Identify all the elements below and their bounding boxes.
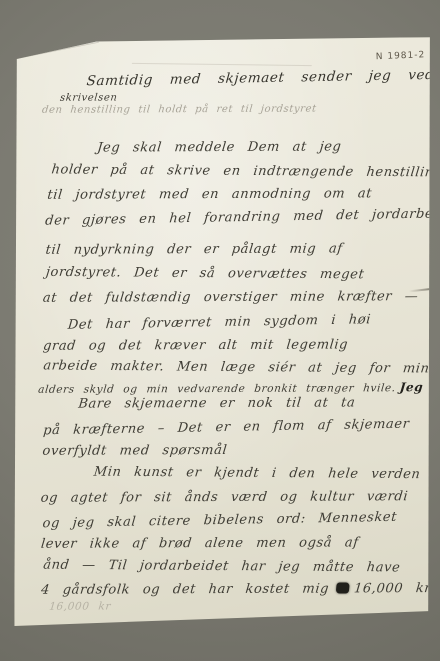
handwriting-line: til jordstyret med en anmodning om at <box>47 186 373 202</box>
pencil-footer-note: 16,000 kr <box>49 600 112 612</box>
handwriting-line: lever ikke af brød alene men også af <box>40 535 359 551</box>
handwriting-line: holder på at skrive en indtrængende hens… <box>51 162 440 180</box>
handwriting-segment: 4 gårdsfolk og det har kostet mig <box>40 582 329 598</box>
paper-crease <box>132 63 312 66</box>
letter-photograph: N 1981-2 Samtidig med skjemaet sender je… <box>0 0 440 661</box>
archive-number: N 1981-2 <box>376 50 426 62</box>
handwriting-segment: 16,000 kr årlig <box>353 581 440 597</box>
ink-blot <box>336 582 350 593</box>
handwriting-header-line: Samtidig med skjemaet sender jeg vedlagt… <box>86 66 440 89</box>
handwriting-line-inserted: alders skyld og min vedvarende bronkit t… <box>38 380 440 396</box>
handwriting-line: på kræfterne – Det er en flom af skjemae… <box>43 417 411 439</box>
age-annotation: Jeg er 79 år <box>399 380 440 394</box>
handwriting-line: og agtet for sit ånds værd og kultur vær… <box>40 489 409 506</box>
handwriting-segment: alders skyld og min vedvarende bronkit t… <box>38 382 397 396</box>
handwriting-line: der gjøres en hel forandring med det jor… <box>45 206 440 229</box>
handwriting-cost-line: 4 gårdsfolk og det har kostet mig16,000 … <box>40 581 440 598</box>
letter-paper: N 1981-2 Samtidig med skjemaet sender je… <box>12 37 434 629</box>
handwriting-line: og jeg skal citere bibelens ord: Mennesk… <box>42 510 398 531</box>
handwriting-line: Jeg skal meddele Dem at jeg <box>96 139 342 155</box>
handwriting-line: ånd — Til jordarbeidet har jeg måtte hav… <box>42 558 401 576</box>
handwriting-line: Bare skjemaerne er nok til at ta <box>78 395 357 411</box>
handwriting-line: arbeide makter. Men læge siér at jeg for… <box>43 358 431 376</box>
handwriting-line: til nydyrkning der er pålagt mig af <box>45 241 344 257</box>
handwriting-line: Det har forværret min sygdom i høi <box>67 312 372 333</box>
pencil-note: den henstilling til holdt på ret til jor… <box>41 104 317 116</box>
handwriting-line: Min kunst er kjendt i den hele verden <box>93 465 421 483</box>
handwriting-line: jordstyret. Det er så overvættes meget <box>45 265 365 283</box>
handwriting-line: at det fuldstændig overstiger mine kræft… <box>42 289 419 306</box>
handwriting-margin-word: skrivelsen <box>59 92 118 103</box>
fold-crease-top-left <box>16 41 99 59</box>
handwriting-line: overfyldt med spørsmål <box>42 443 228 459</box>
handwriting-line: grad og det kræver alt mit legemlig <box>42 337 349 353</box>
